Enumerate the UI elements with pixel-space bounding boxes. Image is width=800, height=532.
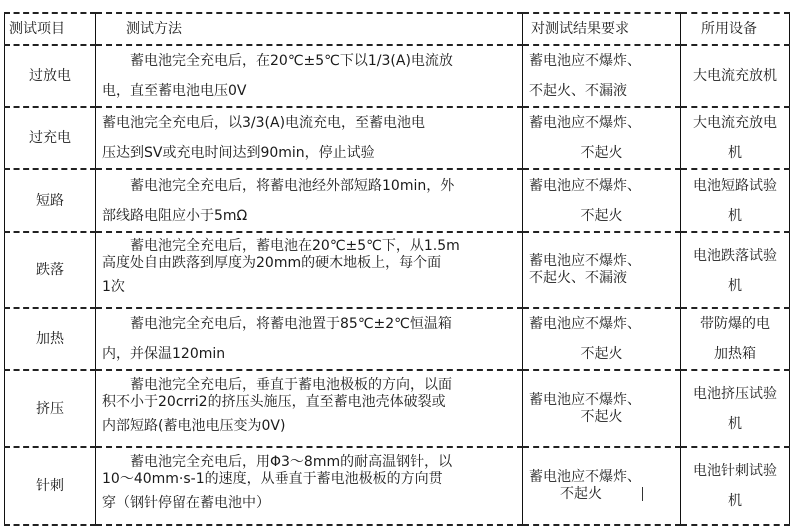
result-requirement-cell: 蓄电池应不爆炸、 不起火 — [523, 169, 681, 232]
method-line: 内，并保温120min — [102, 339, 516, 369]
test-item-cell: 过放电 — [5, 45, 96, 107]
method-line: 穿（钢针停留在蓄电池中） — [102, 488, 516, 518]
result-line: 蓄电池应不爆炸、 — [529, 469, 674, 486]
method-line: 蓄电池完全充电后，以3/3(A)电流充电，至蓄电池电 — [102, 108, 516, 138]
equipment-cell: 电池跌落试验机 — [681, 232, 790, 308]
equipment-cell: 带防爆的电 加热箱 — [681, 308, 790, 370]
test-method-cell: 蓄电池完全充电后，将蓄电池经外部短路10min，外 部线路电阻应小于5mΩ — [96, 169, 523, 232]
test-item-cell: 过充电 — [5, 107, 96, 169]
method-line: 蓄电池完全充电后，将蓄电池经外部短路10min，外 — [102, 171, 516, 201]
result-line: 不起火 — [529, 486, 674, 503]
table-row: 挤压 蓄电池完全充电后，垂直于蓄电池极板的方向，以面 积不小于20crri2的挤… — [5, 370, 790, 447]
result-line: 不起火 — [529, 201, 674, 231]
result-requirement-cell: 蓄电池应不爆炸、 不起火 — [523, 447, 681, 525]
method-line: 10～40mm·s-1的速度，从垂直于蓄电池极板的方向贯 — [102, 471, 516, 488]
table-row: 过放电 蓄电池完全充电后，在20℃±5℃下以1/3(A)电流放 电，直至蓄电池电… — [5, 45, 790, 107]
equipment-cell: 电池针刺试验机 — [681, 447, 790, 525]
method-line: 蓄电池完全充电后，在20℃±5℃下以1/3(A)电流放 — [102, 46, 516, 76]
table-row: 短路 蓄电池完全充电后，将蓄电池经外部短路10min，外 部线路电阻应小于5mΩ… — [5, 169, 790, 232]
result-line: 蓄电池应不爆炸、 — [529, 171, 674, 201]
table-row: 加热 蓄电池完全充电后，将蓄电池置于85℃±2℃恒温箱 内，并保温120min … — [5, 308, 790, 370]
header-result-requirement: 对测试结果要求 — [523, 13, 681, 45]
result-line: 不起火、不漏液 — [529, 76, 674, 106]
test-item-cell: 挤压 — [5, 370, 96, 447]
result-line: 蓄电池应不爆炸、 — [529, 108, 674, 138]
result-line: 不起火 — [529, 339, 674, 369]
method-line: 蓄电池完全充电后，蓄电池在20℃±5℃下，从1.5m — [102, 238, 516, 255]
test-item-cell: 跌落 — [5, 232, 96, 308]
test-item-cell: 加热 — [5, 308, 96, 370]
result-requirement-cell: 蓄电池应不爆炸、 不起火、不漏液 — [523, 45, 681, 107]
equipment-line: 电池针刺试验机 — [687, 456, 783, 516]
equipment-cell: 电池挤压试验机 — [681, 370, 790, 447]
equipment-cell: 大电流充放机 — [681, 45, 790, 107]
header-equipment: 所用设备 — [681, 13, 790, 45]
equipment-line: 电池跌落试验机 — [687, 241, 783, 301]
equipment-cell: 电池短路试验机 — [681, 169, 790, 232]
result-line-text: 不起火 — [560, 486, 602, 502]
result-requirement-cell: 蓄电池应不爆炸、 不起火 — [523, 370, 681, 447]
text-cursor — [642, 487, 643, 501]
test-method-cell: 蓄电池完全充电后，在20℃±5℃下以1/3(A)电流放 电，直至蓄电池电压0V — [96, 45, 523, 107]
equipment-line: 大电流充放机 — [687, 61, 783, 91]
result-line: 蓄电池应不爆炸、 — [529, 253, 674, 270]
method-line: 蓄电池完全充电后，垂直于蓄电池极板的方向，以面 — [102, 377, 516, 394]
equipment-line: 带防爆的电 — [687, 309, 783, 339]
method-line: 内部短路(蓄电池电压变为0V) — [102, 411, 516, 441]
method-line: 电，直至蓄电池电压0V — [102, 76, 516, 106]
equipment-cell: 大电流充放电机 — [681, 107, 790, 169]
test-item-cell: 短路 — [5, 169, 96, 232]
equipment-line: 电池挤压试验机 — [687, 379, 783, 439]
result-line: 不起火 — [529, 138, 674, 168]
test-method-cell: 蓄电池完全充电后，蓄电池在20℃±5℃下，从1.5m 高度处自由跌落到厚度为20… — [96, 232, 523, 308]
method-line: 蓄电池完全充电后，用Φ3～8mm的耐高温钢针，以 — [102, 454, 516, 471]
result-line: 蓄电池应不爆炸、 — [529, 46, 674, 76]
result-requirement-cell: 蓄电池应不爆炸、 不起火 — [523, 107, 681, 169]
header-test-item: 测试项目 — [5, 13, 96, 45]
table-row: 跌落 蓄电池完全充电后，蓄电池在20℃±5℃下，从1.5m 高度处自由跌落到厚度… — [5, 232, 790, 308]
result-requirement-cell: 蓄电池应不爆炸、 不起火 — [523, 308, 681, 370]
test-method-cell: 蓄电池完全充电后，用Φ3～8mm的耐高温钢针，以 10～40mm·s-1的速度，… — [96, 447, 523, 525]
battery-test-table: 测试项目 测试方法 对测试结果要求 所用设备 过放电 蓄电池完全充电后，在20℃… — [4, 12, 790, 526]
method-line: 积不小于20crri2的挤压头施压，直至蓄电池壳体破裂或 — [102, 394, 516, 411]
equipment-line: 大电流充放电机 — [687, 108, 783, 168]
result-line: 蓄电池应不爆炸、 — [529, 392, 674, 409]
method-line: 压达到SV或充电时间达到90min，停止试验 — [102, 138, 516, 168]
test-method-cell: 蓄电池完全充电后，以3/3(A)电流充电，至蓄电池电 压达到SV或充电时间达到9… — [96, 107, 523, 169]
method-line: 蓄电池完全充电后，将蓄电池置于85℃±2℃恒温箱 — [102, 309, 516, 339]
result-line: 不起火 — [529, 409, 674, 426]
table-row: 过充电 蓄电池完全充电后，以3/3(A)电流充电，至蓄电池电 压达到SV或充电时… — [5, 107, 790, 169]
test-method-cell: 蓄电池完全充电后，垂直于蓄电池极板的方向，以面 积不小于20crri2的挤压头施… — [96, 370, 523, 447]
method-line: 1次 — [102, 272, 516, 302]
result-requirement-cell: 蓄电池应不爆炸、 不起火、不漏液 — [523, 232, 681, 308]
method-line: 高度处自由跌落到厚度为20mm的硬木地板上，每个面 — [102, 255, 516, 272]
test-method-cell: 蓄电池完全充电后，将蓄电池置于85℃±2℃恒温箱 内，并保温120min — [96, 308, 523, 370]
method-line: 部线路电阻应小于5mΩ — [102, 201, 516, 231]
test-item-cell: 针刺 — [5, 447, 96, 525]
result-line: 蓄电池应不爆炸、 — [529, 309, 674, 339]
equipment-line: 电池短路试验机 — [687, 171, 783, 231]
table-row: 针刺 蓄电池完全充电后，用Φ3～8mm的耐高温钢针，以 10～40mm·s-1的… — [5, 447, 790, 525]
equipment-line: 加热箱 — [687, 339, 783, 369]
header-test-method: 测试方法 — [96, 13, 523, 45]
table-header-row: 测试项目 测试方法 对测试结果要求 所用设备 — [5, 13, 790, 45]
result-line: 不起火、不漏液 — [529, 270, 674, 287]
